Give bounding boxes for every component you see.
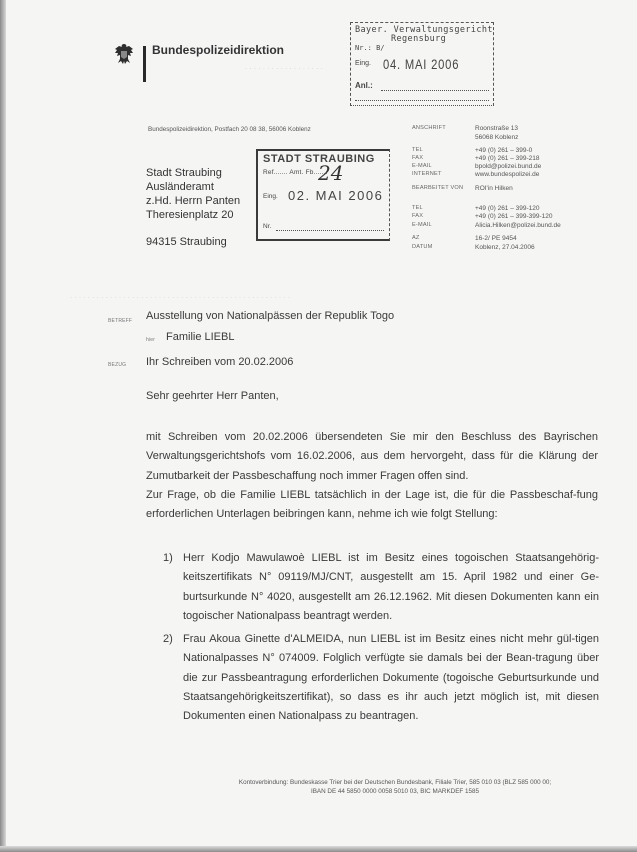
stamp-city-date: 02. MAI 2006 — [288, 188, 383, 203]
contact-value: www.bundespolizei.de — [475, 171, 539, 178]
contact-label: FAX — [412, 213, 423, 219]
federal-eagle-icon — [113, 42, 135, 66]
recipient-line: Ausländeramt — [146, 180, 240, 194]
contact-label: E-MAIL — [412, 163, 432, 169]
contact-label: ANSCHRIFT — [412, 125, 446, 131]
contact-label: TEL — [412, 147, 423, 153]
contact-value: Koblenz, 27.04.2006 — [475, 244, 535, 251]
recipient-city: 94315 Straubing — [146, 236, 227, 248]
bleed-through-text: . . . . . . . . . . . . . . . . . . . . … — [70, 291, 290, 300]
contact-value: ROI'in Hilken — [475, 185, 513, 192]
return-address: Bundespolizeidirektion, Postfach 20 08 3… — [148, 126, 311, 133]
bleed-through-text: . . . . . . . . . . . . . . . . . . — [245, 62, 323, 71]
hier-label: hier — [146, 337, 155, 343]
court-received-stamp: Bayer. Verwaltungsgericht Regensburg Nr.… — [350, 22, 494, 106]
stamp-court-date: 04. MAI 2006 — [383, 56, 459, 72]
stamp-court-subtitle: Regensburg — [391, 34, 446, 44]
contact-label: INTERNET — [412, 171, 442, 177]
stamp-city-handwritten-mark: 24 — [318, 161, 343, 185]
contact-value: +49 (0) 261 – 399-0 — [475, 147, 532, 154]
body-paragraph: Zur Frage, ob die Familie LIEBL tatsächl… — [146, 486, 598, 525]
footer-line: IBAN DE 44 5850 0000 0058 5010 03, BIC M… — [160, 787, 630, 796]
stamp-court-anl-label: Anl.: — [355, 81, 373, 90]
agency-name: Bundespolizeidirektion — [152, 43, 284, 57]
contact-value: +49 (0) 261 – 399-399-120 — [475, 213, 553, 220]
stamp-court-nr: Nr.: B/ — [355, 44, 385, 52]
stamp-court-anl-line — [381, 90, 489, 91]
bezug-label: BEZUG — [108, 362, 126, 368]
betreff-label: BETREFF — [108, 318, 132, 324]
contact-label: TEL — [412, 205, 423, 211]
footer-line: Kontoverbindung: Bundeskasse Trier bei d… — [160, 778, 630, 787]
subject-detail: Familie LIEBL — [166, 331, 234, 343]
stamp-court-bottom-line — [355, 100, 489, 101]
recipient-address: Stadt Straubing Ausländeramt z.Hd. Herrn… — [146, 166, 240, 222]
recipient-line: Stadt Straubing — [146, 166, 240, 180]
body-paragraph: mit Schreiben vom 20.02.2006 übersendete… — [146, 428, 598, 486]
subject-line: Ausstellung von Nationalpässen der Repub… — [146, 310, 394, 322]
salutation: Sehr geehrter Herr Panten, — [146, 390, 279, 402]
contact-value: Alicia.Hilken@polizei.bund.de — [475, 222, 561, 229]
bank-details-footer: Kontoverbindung: Bundeskasse Trier bei d… — [160, 778, 630, 796]
contact-label: DATUM — [412, 244, 432, 250]
contact-value: 56068 Koblenz — [475, 134, 518, 141]
contact-value: +49 (0) 261 – 399-120 — [475, 205, 540, 212]
stamp-city-nr-line — [276, 230, 384, 231]
stamp-city-nr-label: Nr. — [263, 223, 271, 230]
recipient-line: z.Hd. Herrn Panten — [146, 194, 240, 208]
stamp-court-eing-label: Eing. — [355, 60, 371, 67]
header-divider — [143, 46, 146, 82]
contact-label: AZ — [412, 235, 420, 241]
contact-value: bpold@polizei.bund.de — [475, 163, 541, 170]
list-item-text: Herr Kodjo Mawulawoè LIEBL ist im Besitz… — [183, 549, 599, 626]
scan-edge-bottom — [0, 846, 637, 852]
contact-value: Roonstraße 13 — [475, 125, 518, 132]
stamp-city-eing-label: Eing. — [263, 193, 278, 200]
list-item-number: 2) — [163, 630, 173, 649]
list-item-text: Frau Akoua Ginette d'ALMEIDA, nun LIEBL … — [183, 630, 599, 726]
list-item-number: 1) — [163, 549, 173, 568]
contact-label: FAX — [412, 155, 423, 161]
contact-value: +49 (0) 261 – 399-218 — [475, 155, 540, 162]
city-received-stamp: STADT STRAUBING Ref....... Amt. Fb......… — [256, 149, 390, 241]
contact-label: E-MAIL — [412, 222, 432, 228]
recipient-line: Theresienplatz 20 — [146, 208, 240, 222]
contact-value: 16-2/ PE 9454 — [475, 235, 517, 242]
contact-label: BEARBEITET VON — [412, 185, 463, 191]
reference-line: Ihr Schreiben vom 20.02.2006 — [146, 356, 293, 368]
